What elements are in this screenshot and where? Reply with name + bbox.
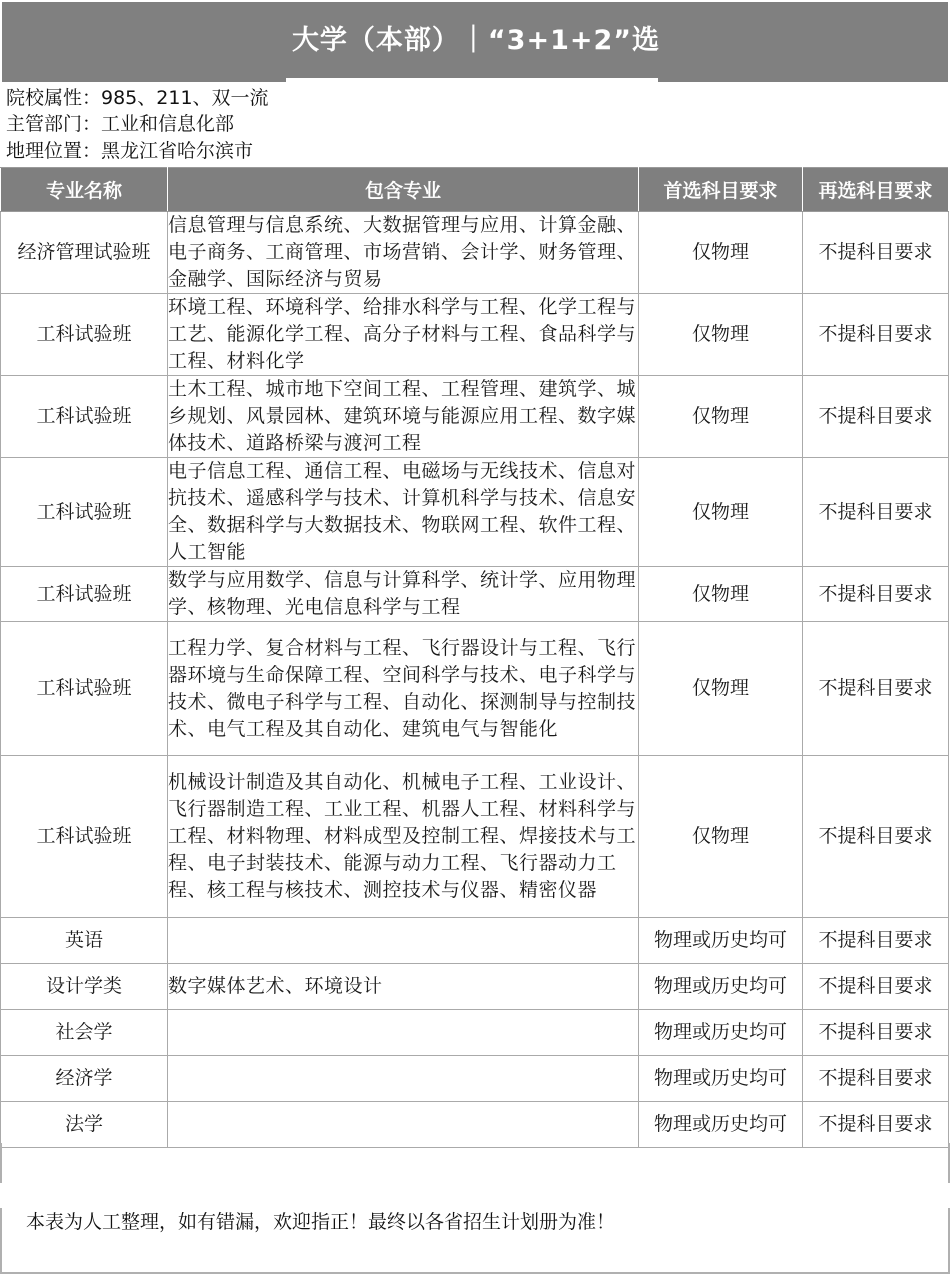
second-subject-requirement: 不提科目要求 bbox=[803, 1010, 949, 1056]
second-subject-requirement: 不提科目要求 bbox=[803, 1056, 949, 1102]
second-subject-requirement: 不提科目要求 bbox=[803, 1102, 949, 1148]
first-subject-requirement: 仅物理 bbox=[639, 458, 803, 567]
major-name: 英语 bbox=[1, 918, 168, 964]
second-subject-requirement: 不提科目要求 bbox=[803, 294, 949, 376]
first-subject-requirement: 物理或历史均可 bbox=[639, 918, 803, 964]
table-row: 社会学 物理或历史均可 不提科目要求 bbox=[1, 1010, 949, 1056]
included-majors: 环境工程、环境科学、给排水科学与工程、化学工程与工艺、能源化学工程、高分子材料与… bbox=[168, 294, 639, 376]
first-subject-requirement: 物理或历史均可 bbox=[639, 1102, 803, 1148]
table-row: 工科试验班 土木工程、城市地下空间工程、工程管理、建筑学、城乡规划、风景园林、建… bbox=[1, 376, 949, 458]
major-name: 工科试验班 bbox=[1, 376, 168, 458]
second-subject-requirement: 不提科目要求 bbox=[803, 376, 949, 458]
included-majors: 数学与应用数学、信息与计算科学、统计学、应用物理学、核物理、光电信息科学与工程 bbox=[168, 567, 639, 622]
major-name: 工科试验班 bbox=[1, 458, 168, 567]
first-subject-requirement: 物理或历史均可 bbox=[639, 1056, 803, 1102]
first-subject-requirement: 仅物理 bbox=[639, 756, 803, 918]
table-row: 设计学类 数字媒体艺术、环境设计 物理或历史均可 不提科目要求 bbox=[1, 964, 949, 1010]
major-name: 工科试验班 bbox=[1, 567, 168, 622]
table-row: 工科试验班 机械设计制造及其自动化、机械电子工程、工业设计、飞行器制造工程、工业… bbox=[1, 756, 949, 918]
column-header-major-name: 专业名称 bbox=[1, 168, 168, 212]
major-name: 工科试验班 bbox=[1, 756, 168, 918]
included-majors: 电子信息工程、通信工程、电磁场与无线技术、信息对抗技术、遥感科学与技术、计算机科… bbox=[168, 458, 639, 567]
second-subject-requirement: 不提科目要求 bbox=[803, 567, 949, 622]
major-name: 设计学类 bbox=[1, 964, 168, 1010]
footer-note: 本表为人工整理，如有错漏，欢迎指正！最终以各省招生计划册为准！ bbox=[26, 1209, 615, 1235]
major-name: 经济管理试验班 bbox=[1, 212, 168, 294]
included-majors: 工程力学、复合材料与工程、飞行器设计与工程、飞行器环境与生命保障工程、空间科学与… bbox=[168, 622, 639, 756]
first-subject-requirement: 物理或历史均可 bbox=[639, 1010, 803, 1056]
first-subject-requirement: 仅物理 bbox=[639, 212, 803, 294]
table-row: 英语 物理或历史均可 不提科目要求 bbox=[1, 918, 949, 964]
first-subject-requirement: 仅物理 bbox=[639, 622, 803, 756]
second-subject-requirement: 不提科目要求 bbox=[803, 212, 949, 294]
table-row: 工科试验班 数学与应用数学、信息与计算科学、统计学、应用物理学、核物理、光电信息… bbox=[1, 567, 949, 622]
major-name: 工科试验班 bbox=[1, 622, 168, 756]
included-majors bbox=[168, 1102, 639, 1148]
table-row: 工科试验班 工程力学、复合材料与工程、飞行器设计与工程、飞行器环境与生命保障工程… bbox=[1, 622, 949, 756]
table-row: 法学 物理或历史均可 不提科目要求 bbox=[1, 1102, 949, 1148]
included-majors: 数字媒体艺术、环境设计 bbox=[168, 964, 639, 1010]
included-majors: 土木工程、城市地下空间工程、工程管理、建筑学、城乡规划、风景园林、建筑环境与能源… bbox=[168, 376, 639, 458]
major-name: 社会学 bbox=[1, 1010, 168, 1056]
column-header-included-majors: 包含专业 bbox=[168, 168, 639, 212]
first-subject-requirement: 物理或历史均可 bbox=[639, 964, 803, 1010]
second-subject-requirement: 不提科目要求 bbox=[803, 756, 949, 918]
second-subject-requirement: 不提科目要求 bbox=[803, 964, 949, 1010]
first-subject-requirement: 仅物理 bbox=[639, 567, 803, 622]
included-majors bbox=[168, 1010, 639, 1056]
table-row: 工科试验班 电子信息工程、通信工程、电磁场与无线技术、信息对抗技术、遥感科学与技… bbox=[1, 458, 949, 567]
table-row: 经济管理试验班 信息管理与信息系统、大数据管理与应用、计算金融、电子商务、工商管… bbox=[1, 212, 949, 294]
first-subject-requirement: 仅物理 bbox=[639, 294, 803, 376]
table-bottom-spacer bbox=[0, 1143, 950, 1183]
column-header-second-subject: 再选科目要求 bbox=[803, 168, 949, 212]
major-name: 经济学 bbox=[1, 1056, 168, 1102]
geographic-location: 地理位置：黑龙江省哈尔滨市 bbox=[6, 139, 253, 163]
table-header-row: 专业名称 包含专业 首选科目要求 再选科目要求 bbox=[1, 168, 949, 212]
second-subject-requirement: 不提科目要求 bbox=[803, 622, 949, 756]
major-name: 法学 bbox=[1, 1102, 168, 1148]
second-subject-requirement: 不提科目要求 bbox=[803, 458, 949, 567]
second-subject-requirement: 不提科目要求 bbox=[803, 918, 949, 964]
first-subject-requirement: 仅物理 bbox=[639, 376, 803, 458]
included-majors bbox=[168, 918, 639, 964]
page-title: 大学（本部）｜“3+1+2”选 bbox=[0, 0, 952, 82]
major-name: 工科试验班 bbox=[1, 294, 168, 376]
table-row: 经济学 物理或历史均可 不提科目要求 bbox=[1, 1056, 949, 1102]
included-majors: 信息管理与信息系统、大数据管理与应用、计算金融、电子商务、工商管理、市场营销、会… bbox=[168, 212, 639, 294]
table-row: 工科试验班 环境工程、环境科学、给排水科学与工程、化学工程与工艺、能源化学工程、… bbox=[1, 294, 949, 376]
included-majors bbox=[168, 1056, 639, 1102]
school-attributes: 院校属性：985、211、双一流 bbox=[6, 86, 269, 110]
subject-requirements-table: 专业名称 包含专业 首选科目要求 再选科目要求 经济管理试验班 信息管理与信息系… bbox=[0, 167, 949, 1148]
included-majors: 机械设计制造及其自动化、机械电子工程、工业设计、飞行器制造工程、工业工程、机器人… bbox=[168, 756, 639, 918]
supervising-department: 主管部门：工业和信息化部 bbox=[6, 112, 234, 136]
column-header-first-subject: 首选科目要求 bbox=[639, 168, 803, 212]
